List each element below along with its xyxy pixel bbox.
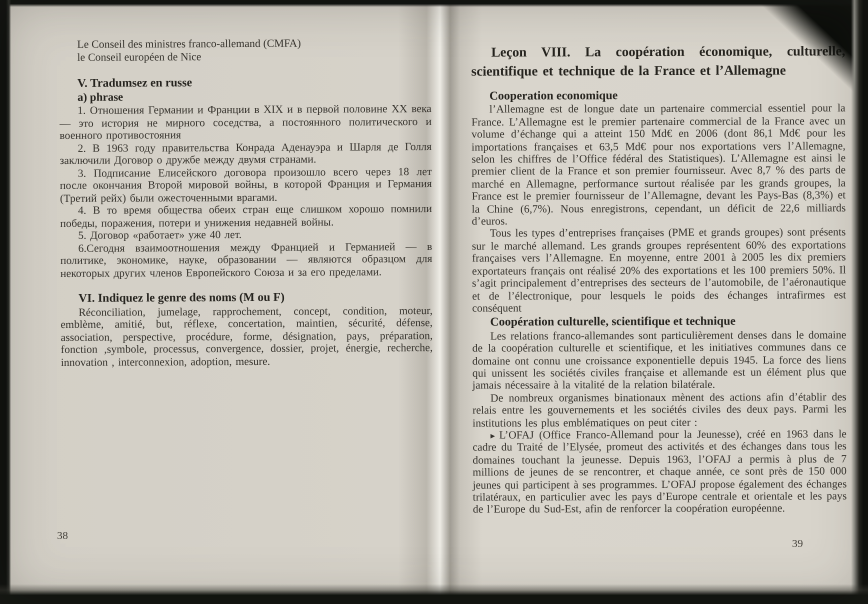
- cultural-section-heading: Coopération culturelle, scientifique et …: [490, 315, 846, 329]
- cultural-paragraph: De nombreux organismes binationaux mènen…: [472, 391, 846, 430]
- scanner-bed-corner: [743, 0, 868, 118]
- scanner-bed-edge-left: [0, 0, 11, 604]
- bullet-arrow-icon: ▸: [491, 431, 496, 441]
- ofaj-paragraph: ▸L’OFAJ (Office Franco-Allemand pour la …: [473, 428, 847, 516]
- exercise-v-subheading: a) phrase: [77, 90, 431, 104]
- scanner-bed-edge-right: [851, 0, 868, 604]
- exercise-vi-wordlist: Réconciliation, jumelage, rapprochement,…: [61, 305, 433, 369]
- economic-paragraph: Tous les types d’entreprises françaises …: [472, 227, 846, 315]
- page-number-left: 38: [57, 530, 68, 542]
- ofaj-text: L’OFAJ (Office Franco-Allemand pour la J…: [473, 428, 847, 516]
- exercise-v-item: 4. В то время общества обеих стран еще с…: [60, 203, 432, 230]
- book-scan-photo: Le Conseil des ministres franco-allemand…: [0, 0, 868, 604]
- exercise-v-item: 6.Сегодня взаимоотношения между Францией…: [60, 241, 432, 280]
- page-left: Le Conseil des ministres franco-allemand…: [59, 37, 433, 369]
- intro-list: Le Conseil des ministres franco-allemand…: [77, 37, 431, 64]
- scanner-bed-edge-top: [0, 0, 868, 7]
- intro-line-2: le Conseil européen de Nice: [77, 50, 431, 64]
- exercise-v-item: 2. В 1963 году правительства Конрада Аде…: [60, 141, 432, 168]
- cultural-paragraph: Les relations franco-allemandes sont par…: [472, 329, 846, 392]
- exercise-v-item: 1. Отношения Германии и Франции в XIX и …: [59, 103, 431, 142]
- economic-paragraph: l’Allemagne est de longue date un parten…: [471, 103, 845, 228]
- scanner-bed-edge-bottom: [0, 584, 868, 604]
- exercise-vi-heading: VI. Indiquez le genre des noms (M ou F): [78, 290, 432, 304]
- page-number-right: 39: [792, 538, 803, 550]
- exercise-v-heading: V. Tradumsez en russe: [77, 75, 431, 89]
- exercise-v-item: 3. Подписание Елисейского договора произ…: [60, 166, 432, 205]
